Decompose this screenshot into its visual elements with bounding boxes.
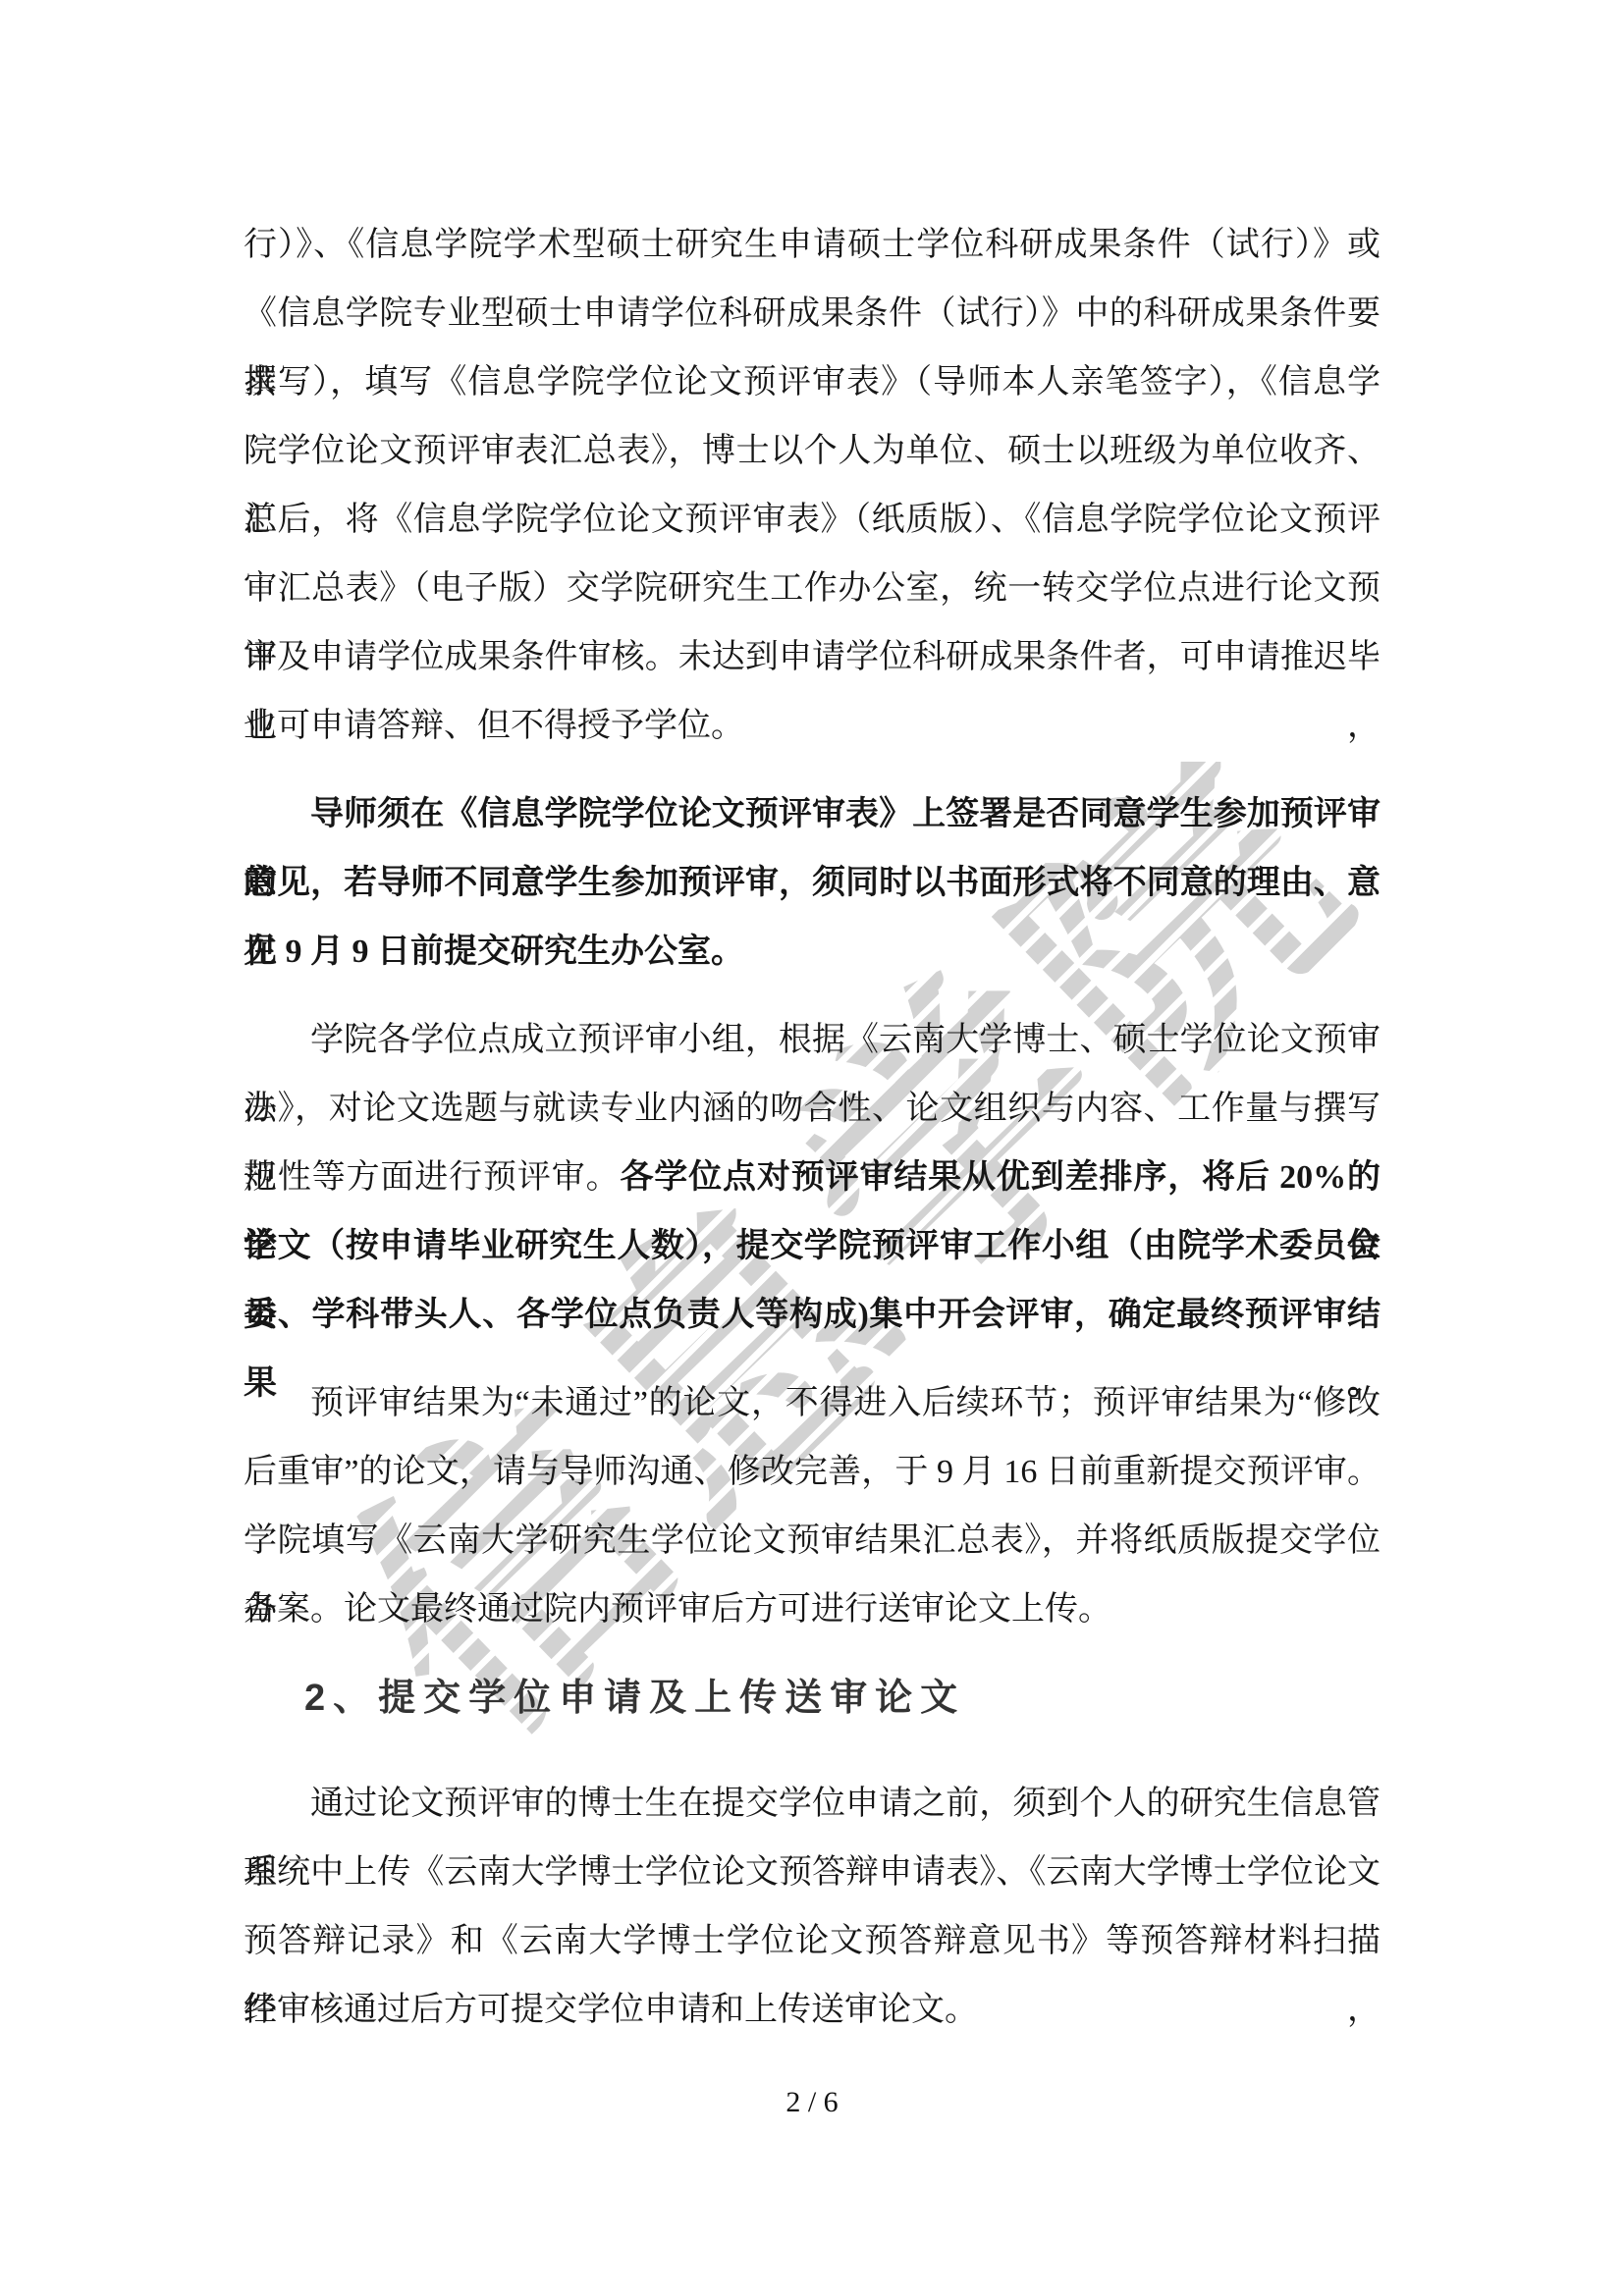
paragraph: 学院各学位点成立预评审小组，根据《云南大学博士、硕士学位论文预审办法》，对论文选… bbox=[244, 1006, 1380, 1350]
text-line: 导师须在《信息学院学位论文预评审表》上签署是否同意学生参加预评审的 bbox=[244, 780, 1380, 849]
text-segment: 系统中上传《云南大学博士学位论文预答辩申请表》、《云南大学博士学位论文 bbox=[244, 1854, 1380, 1891]
heading-line: 2、提交学位申请及上传送审论文 bbox=[244, 1664, 1380, 1733]
document-page: 信息学院 行）》、《信息学院学术型硕士研究生申请硕士学位科研成果条件（试行）》或… bbox=[0, 0, 1624, 2296]
text-line: 论文（按申请毕业研究生人数），提交学院预评审工作小组（由院学术委员会委 bbox=[244, 1212, 1380, 1281]
text-line: 审及申请学位成果条件审核。未达到申请学位科研成果条件者，可申请推迟毕业， bbox=[244, 623, 1380, 692]
text-line: 范性等方面进行预评审。各学位点对预评审结果从优到差排序，将后 20%的学位 bbox=[244, 1144, 1380, 1212]
text-line: 学院各学位点成立预评审小组，根据《云南大学博士、硕士学位论文预审办 bbox=[244, 1006, 1380, 1075]
paragraph: 行）》、《信息学院学术型硕士研究生申请硕士学位科研成果条件（试行）》或《信息学院… bbox=[244, 211, 1380, 761]
text-line: 通过论文预评审的博士生在提交学位申请之前，须到个人的研究生信息管理 bbox=[244, 1770, 1380, 1839]
paragraph: 导师须在《信息学院学位论文预评审表》上签署是否同意学生参加预评审的意见，若导师不… bbox=[244, 780, 1380, 987]
text-line: 备案。论文最终通过院内预评审后方可进行送审论文上传。 bbox=[244, 1575, 1380, 1644]
text-line: 员、学科带头人、各学位点负责人等构成)集中开会评审，确定最终预评审结果。 bbox=[244, 1281, 1380, 1350]
text-segment: 范性等方面进行预评审。 bbox=[244, 1159, 620, 1196]
text-line: 预答辩记录》和《云南大学博士学位论文预答辩意见书》等预答辩材料扫描件， bbox=[244, 1907, 1380, 1976]
text-line: 在 9 月 9 日前提交研究生办公室。 bbox=[244, 918, 1380, 987]
text-segment: 经审核通过后方可提交学位申请和上传送审论文。 bbox=[244, 1992, 978, 2028]
text-line: 学院填写《云南大学研究生学位论文预审结果汇总表》，并将纸质版提交学位办 bbox=[244, 1507, 1380, 1575]
text-line: 后重审”的论文，请与导师沟通、修改完善，于 9 月 16 日前重新提交预评审。 bbox=[244, 1438, 1380, 1507]
section-heading: 2、提交学位申请及上传送审论文 bbox=[244, 1664, 1380, 1733]
bold-text-segment: 在 9 月 9 日前提交研究生办公室。 bbox=[244, 934, 744, 970]
text-line: 审汇总表》（电子版）交学院研究生工作办公室，统一转交学位点进行论文预评 bbox=[244, 555, 1380, 623]
text-segment: 也可申请答辩、但不得授予学位。 bbox=[244, 708, 744, 744]
page-number: 2 / 6 bbox=[0, 2083, 1624, 2122]
text-line: 系统中上传《云南大学博士学位论文预答辩申请表》、《云南大学博士学位论文 bbox=[244, 1839, 1380, 1907]
paragraph: 通过论文预评审的博士生在提交学位申请之前，须到个人的研究生信息管理系统中上传《云… bbox=[244, 1770, 1380, 2045]
text-line: 撰写），填写《信息学院学位论文预评审表》（导师本人亲笔签字），《信息学 bbox=[244, 348, 1380, 417]
text-line: 法》，对论文选题与就读专业内涵的吻合性、论文组织与内容、工作量与撰写规 bbox=[244, 1075, 1380, 1144]
text-segment: 后重审”的论文，请与导师沟通、修改完善，于 9 月 16 日前重新提交预评审。 bbox=[244, 1454, 1380, 1490]
text-segment: 撰写），填写《信息学院学位论文预评审表》（导师本人亲笔签字），《信息学 bbox=[244, 364, 1380, 400]
paragraph: 预评审结果为“未通过”的论文，不得进入后续环节；预评审结果为“修改后重审”的论文… bbox=[244, 1369, 1380, 1644]
text-line: 预评审结果为“未通过”的论文，不得进入后续环节；预评审结果为“修改 bbox=[244, 1369, 1380, 1438]
text-segment: 预评审结果为“未通过”的论文，不得进入后续环节；预评审结果为“修改 bbox=[310, 1385, 1380, 1421]
text-segment: 行）》、《信息学院学术型硕士研究生申请硕士学位科研成果条件（试行）》或 bbox=[244, 227, 1380, 263]
text-line: 行）》、《信息学院学术型硕士研究生申请硕士学位科研成果条件（试行）》或 bbox=[244, 211, 1380, 280]
bold-text-segment: 2、提交学位申请及上传送审论文 bbox=[304, 1678, 965, 1719]
text-line: 院学位论文预评审表汇总表》，博士以个人为单位、硕士以班级为单位收齐、汇 bbox=[244, 417, 1380, 486]
text-segment: 备案。论文最终通过院内预评审后方可进行送审论文上传。 bbox=[244, 1591, 1111, 1628]
text-line: 《信息学院专业型硕士申请学位科研成果条件（试行）》中的科研成果条件要求 bbox=[244, 280, 1380, 348]
text-line: 总后，将《信息学院学位论文预评审表》（纸质版）、《信息学院学位论文预评 bbox=[244, 486, 1380, 555]
text-line: 意见，若导师不同意学生参加预评审，须同时以书面形式将不同意的理由、意见 bbox=[244, 849, 1380, 918]
document-body: 行）》、《信息学院学术型硕士研究生申请硕士学位科研成果条件（试行）》或《信息学院… bbox=[244, 211, 1380, 2045]
text-segment: 总后，将《信息学院学位论文预评审表》（纸质版）、《信息学院学位论文预评 bbox=[244, 502, 1380, 538]
